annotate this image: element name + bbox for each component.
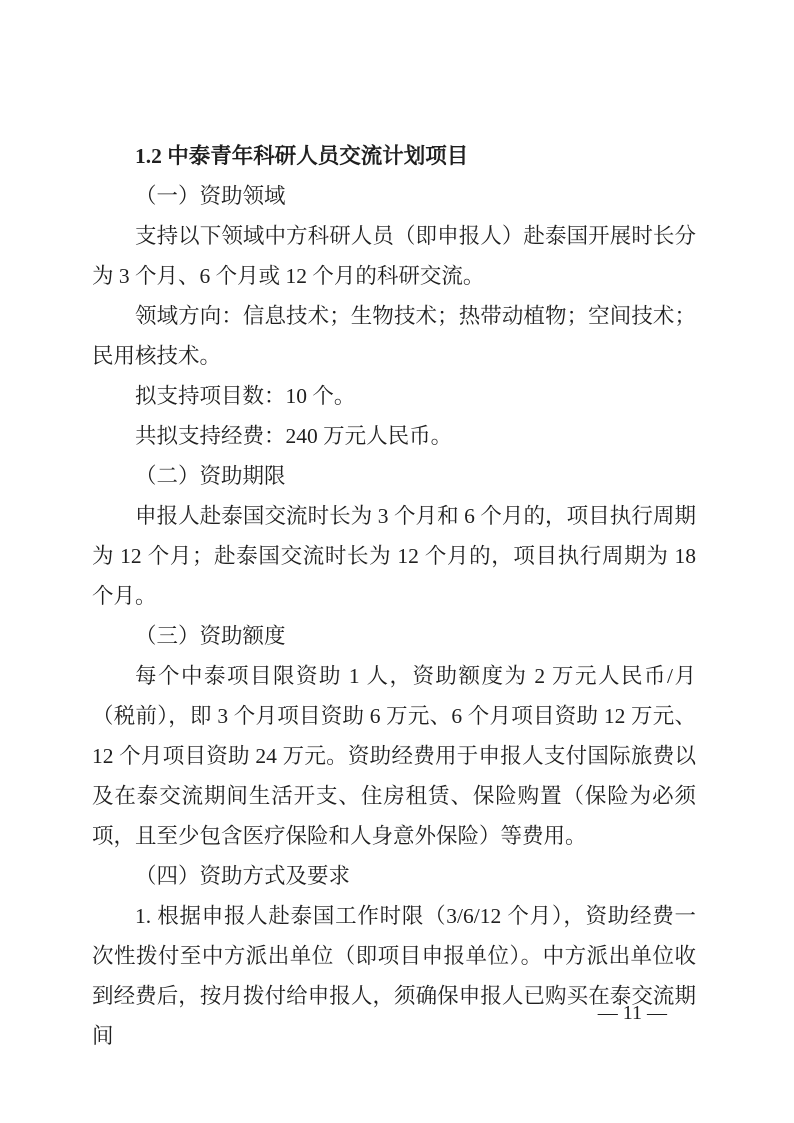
body-paragraph: 1. 根据申报人赴泰国工作时限（3/6/12 个月），资助经费一次性拨付至中方派… bbox=[92, 896, 696, 1056]
page-number: — 11 — bbox=[598, 1001, 667, 1025]
paragraph-container: （一）资助领域支持以下领域中方科研人员（即申报人）赴泰国开展时长分为 3 个月、… bbox=[92, 176, 696, 1056]
subheading-paragraph: （四）资助方式及要求 bbox=[92, 856, 696, 896]
body-paragraph: 拟支持项目数：10 个。 bbox=[92, 376, 696, 416]
subheading-paragraph: （二）资助期限 bbox=[92, 456, 696, 496]
body-paragraph: 申报人赴泰国交流时长为 3 个月和 6 个月的，项目执行周期为 12 个月；赴泰… bbox=[92, 496, 696, 616]
body-paragraph: 每个中泰项目限资助 1 人，资助额度为 2 万元人民币/月（税前），即 3 个月… bbox=[92, 656, 696, 856]
subheading-paragraph: （三）资助额度 bbox=[92, 616, 696, 656]
body-paragraph: 支持以下领域中方科研人员（即申报人）赴泰国开展时长分为 3 个月、6 个月或 1… bbox=[92, 216, 696, 296]
section-heading: 1.2 中泰青年科研人员交流计划项目 bbox=[92, 136, 696, 176]
body-paragraph: 共拟支持经费：240 万元人民币。 bbox=[92, 416, 696, 456]
subheading-paragraph: （一）资助领域 bbox=[92, 176, 696, 216]
body-paragraph: 领域方向：信息技术；生物技术；热带动植物；空间技术；民用核技术。 bbox=[92, 296, 696, 376]
document-page: 1.2 中泰青年科研人员交流计划项目 （一）资助领域支持以下领域中方科研人员（即… bbox=[0, 0, 794, 1123]
document-content: 1.2 中泰青年科研人员交流计划项目 （一）资助领域支持以下领域中方科研人员（即… bbox=[92, 136, 696, 1056]
